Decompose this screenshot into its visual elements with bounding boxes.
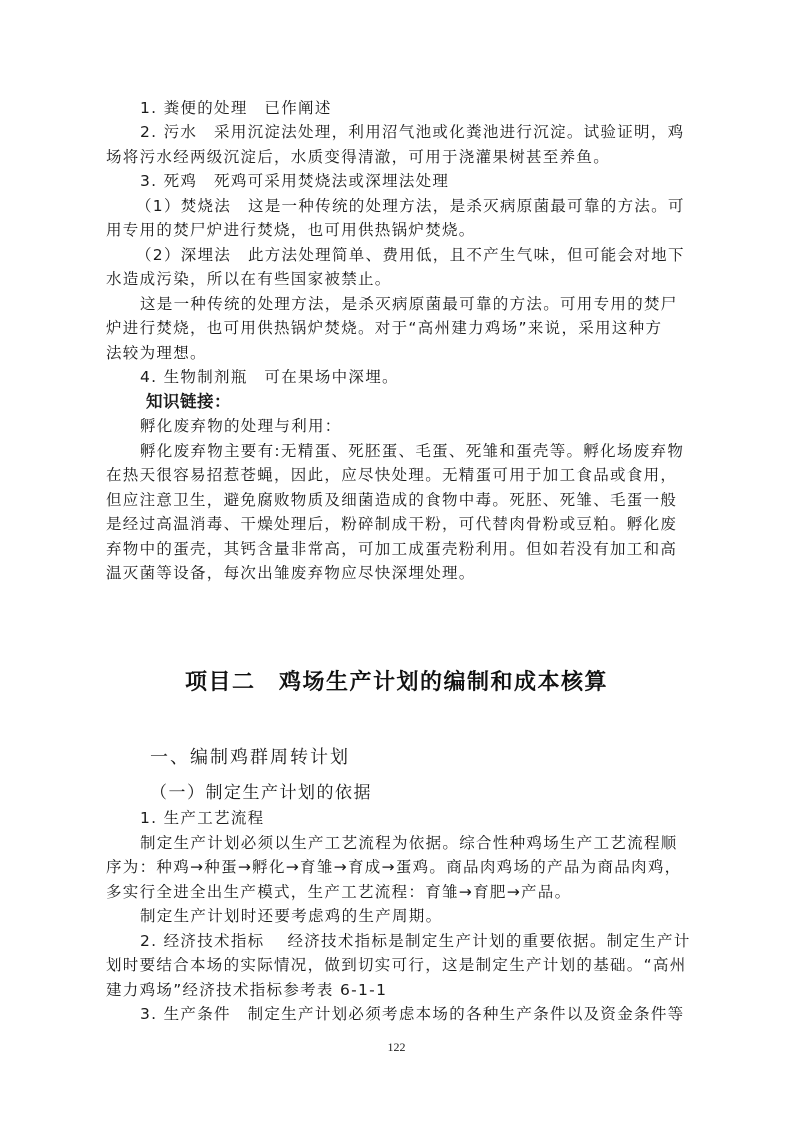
knowledge-line: 孵化废弃物主要有:无精蛋、死胚蛋、毛蛋、死雏和蛋壳等。孵化场废弃物 (140, 439, 690, 463)
knowledge-link-heading: 知识链接： (146, 390, 730, 414)
knowledge-line: 在热天很容易招惹苍蝇，因此，应尽快处理。无精蛋可用于加工食品或食用， (106, 463, 690, 487)
item-dead-chicken: 3. 死鸡 死鸡可采用焚烧法或深埋法处理 (140, 169, 690, 193)
process-note: 制定生产计划时还要考虑鸡的生产周期。 (140, 904, 690, 928)
item-manure: 1. 粪便的处理 已作阐述 (140, 96, 690, 120)
knowledge-line: 弃物中的蛋壳，其钙含量非常高，可加工成蛋壳粉利用。但如若没有加工和高 (106, 537, 690, 561)
sub-burial-line1: （2）深埋法 此方法处理简单、费用低，且不产生气味，但可能会对地下 (136, 243, 720, 267)
project-title: 项目二 鸡场生产计划的编制和成本核算 (0, 670, 793, 694)
process-line: 制定生产计划必须以生产工艺流程为依据。综合性种鸡场生产工艺流程顺 (140, 831, 690, 855)
sub-burial-line2: 水造成污染，所以在有些国家被禁止。 (106, 267, 690, 291)
conditions-line: 3. 生产条件 制定生产计划必须考虑本场的各种生产条件以及资金条件等 (140, 1002, 690, 1026)
item-sewage-line1: 2. 污水 采用沉淀法处理，利用沼气池或化粪池进行沉淀。试验证明，鸡 (140, 120, 690, 144)
paragraph-line3: 法较为理想。 (106, 341, 690, 365)
knowledge-line: 是经过高温消毒、干燥处理后，粉碎制成干粉，可代替肉骨粉或豆粕。孵化废 (106, 512, 690, 536)
section-title: 一、编制鸡群周转计划 (150, 746, 734, 770)
item-bio-bottle: 4. 生物制剂瓶 可在果场中深埋。 (140, 365, 690, 389)
document-page: 1. 粪便的处理 已作阐述 2. 污水 采用沉淀法处理，利用沼气池或化粪池进行沉… (0, 0, 793, 1122)
process-line: 序为：种鸡→种蛋→孵化→育雏→育成→蛋鸡。商品肉鸡场的产品为商品肉鸡， (106, 855, 690, 879)
sub-incineration-line1: （1）焚烧法 这是一种传统的处理方法，是杀灭病原菌最可靠的方法。可 (136, 194, 720, 218)
item-sewage-line2: 场将污水经两级沉淀后，水质变得清澈，可用于浇灌果树甚至养鱼。 (106, 145, 690, 169)
knowledge-link-subtitle: 孵化废弃物的处理与利用： (140, 414, 690, 438)
indicators-line: 建力鸡场”经济技术指标参考表 6-1-1 (106, 978, 690, 1002)
knowledge-line: 温灭菌等设备，每次出雏废弃物应尽快深埋处理。 (106, 561, 690, 585)
paragraph-line2: 炉进行焚烧，也可用供热锅炉焚烧。对于“高州建力鸡场”来说，采用这种方 (106, 316, 690, 340)
paragraph-line1: 这是一种传统的处理方法，是杀灭病原菌最可靠的方法。可用专用的焚尸 (140, 292, 690, 316)
knowledge-line: 但应注意卫生，避免腐败物质及细菌造成的食物中毒。死胚、死雏、毛蛋一般 (106, 488, 690, 512)
subsection-title: （一）制定生产计划的依据 (150, 781, 734, 805)
process-line: 多实行全进全出生产模式，生产工艺流程：育雏→育肥→产品。 (106, 880, 690, 904)
indicators-line: 2. 经济技术指标 经济技术指标是制定生产计划的重要依据。制定生产计 (140, 929, 690, 953)
sub-incineration-line2: 用专用的焚尸炉进行焚烧，也可用供热锅炉焚烧。 (106, 218, 690, 242)
page-number: 122 (0, 1040, 793, 1055)
item-process-title: 1. 生产工艺流程 (140, 806, 690, 830)
indicators-line: 划时要结合本场的实际情况，做到切实可行，这是制定生产计划的基础。“高州 (106, 953, 690, 977)
